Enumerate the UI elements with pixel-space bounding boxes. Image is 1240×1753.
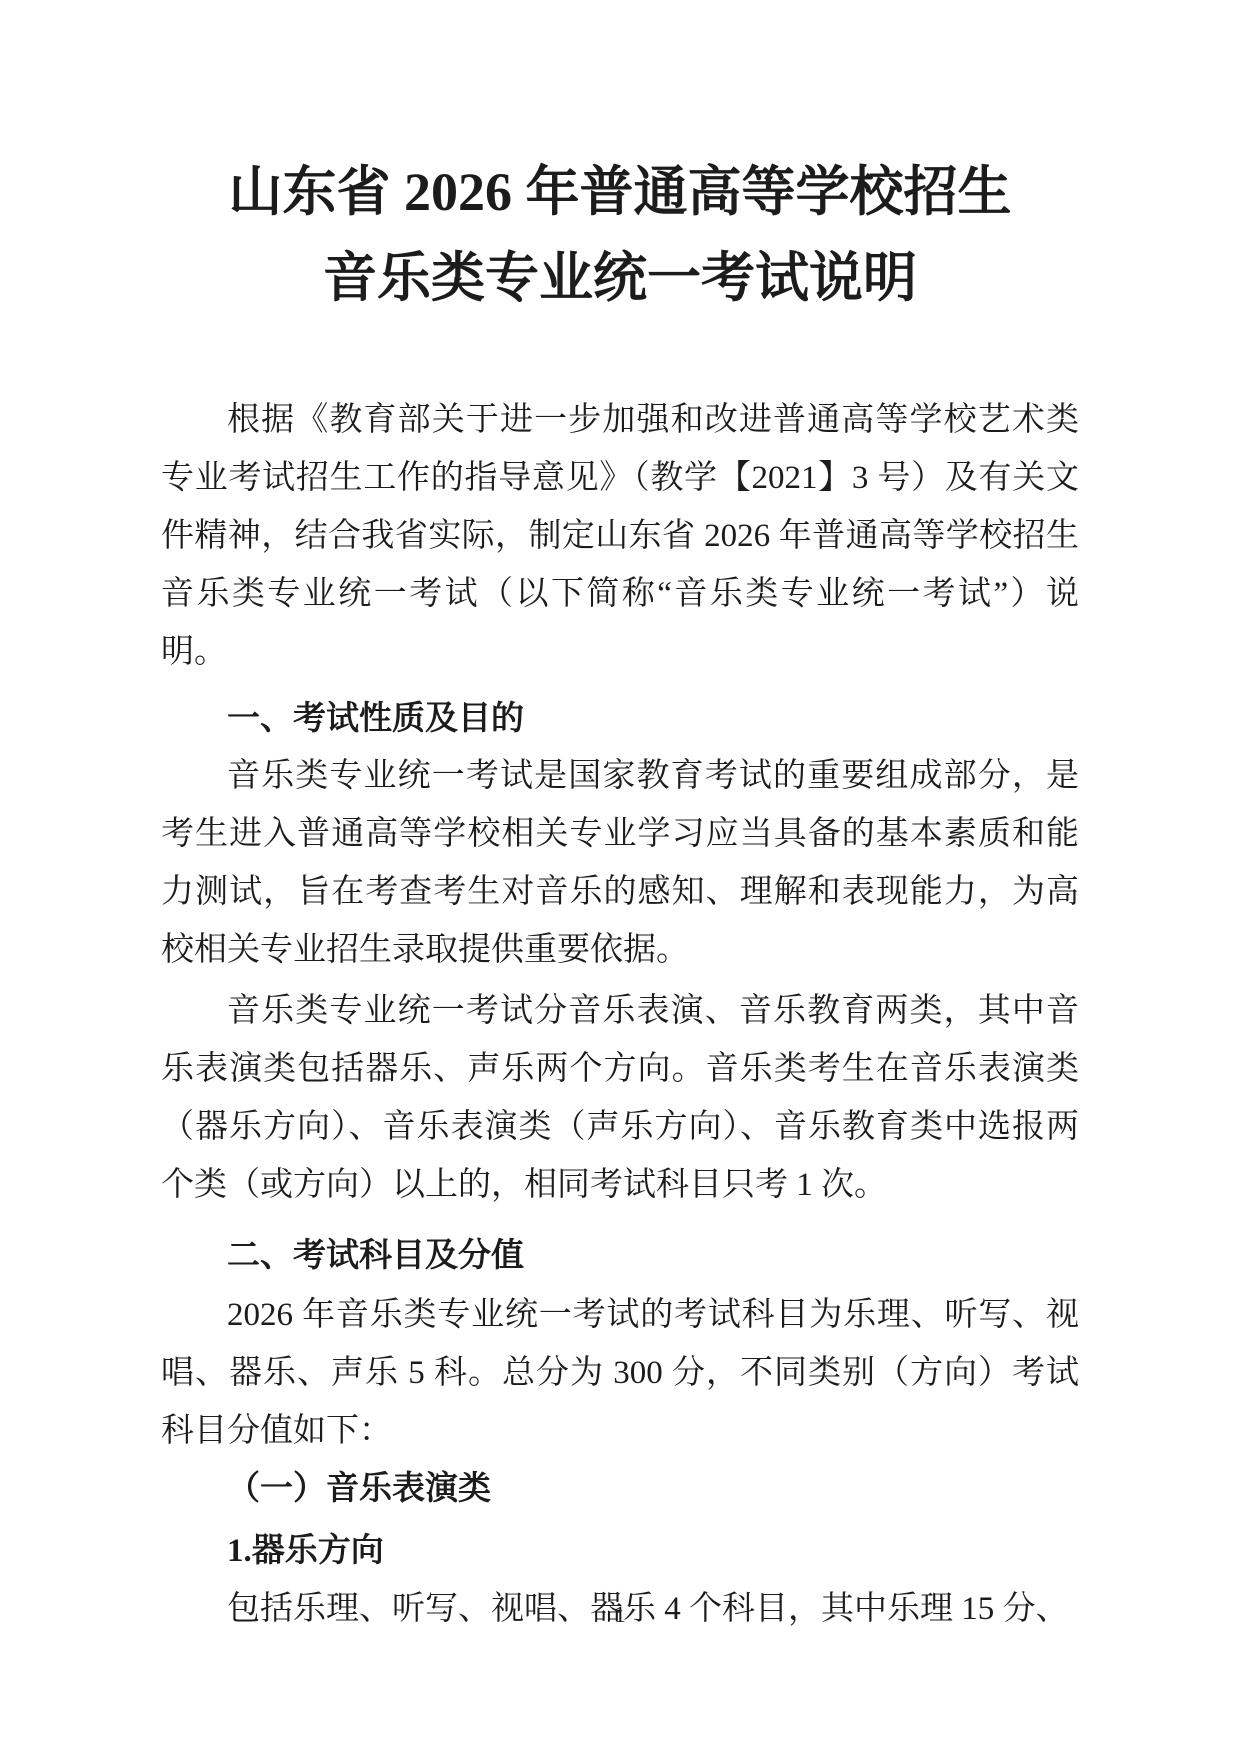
direction-1-heading: 1.器乐方向 — [161, 1522, 1079, 1580]
section-1-heading: 一、考试性质及目的 — [161, 689, 1079, 747]
subsection-1-heading: （一）音乐表演类 — [161, 1460, 1079, 1518]
document-page: 山东省 2026 年普通高等学校招生 音乐类专业统一考试说明 根据《教育部关于进… — [0, 0, 1240, 1753]
section-1-paragraph-2: 音乐类专业统一考试分音乐表演、音乐教育两类，其中音乐表演类包括器乐、声乐两个方向… — [161, 982, 1079, 1214]
intro-paragraph: 根据《教育部关于进一步加强和改进普通高等学校艺术类专业考试招生工作的指导意见》（… — [161, 391, 1079, 681]
page-number: 1 — [0, 1601, 1240, 1629]
document-title-line-1: 山东省 2026 年普通高等学校招生 — [161, 149, 1079, 235]
document-title: 山东省 2026 年普通高等学校招生 音乐类专业统一考试说明 — [161, 149, 1079, 321]
document-content: 山东省 2026 年普通高等学校招生 音乐类专业统一考试说明 根据《教育部关于进… — [161, 149, 1079, 1638]
section-2-heading: 二、考试科目及分值 — [161, 1226, 1079, 1284]
document-title-line-2: 音乐类专业统一考试说明 — [161, 235, 1079, 321]
section-2-paragraph-1: 2026 年音乐类专业统一考试的考试科目为乐理、听写、视唱、器乐、声乐 5 科。… — [161, 1286, 1079, 1460]
section-1-paragraph-1: 音乐类专业统一考试是国家教育考试的重要组成部分，是考生进入普通高等学校相关专业学… — [161, 747, 1079, 979]
